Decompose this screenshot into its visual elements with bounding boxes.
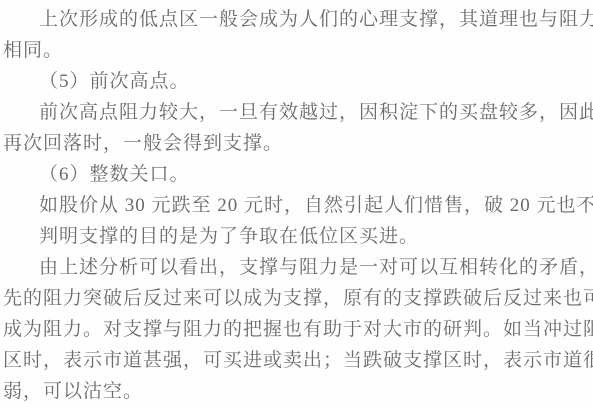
text-line: 区时，表示市道甚强，可买进或卖出；当跌破支撑区时，表示市道很 — [3, 345, 593, 376]
text-line: 先的阻力突破后反过来可以成为支撑，原有的支撑跌破后反过来也可以 — [3, 283, 593, 314]
text-line: 由上述分析可以看出，支撑与阻力是一对可以互相转化的矛盾，原 — [3, 252, 593, 283]
text-line: （5）前次高点。 — [3, 66, 593, 97]
text-line: 弱，可以沽空。 — [3, 376, 593, 407]
text-line: 再次回落时，一般会得到支撑。 — [3, 128, 593, 159]
text-line: 前次高点阻力较大，一旦有效越过，因积淀下的买盘较多，因此当 — [3, 97, 593, 128]
text-line: （6）整数关口。 — [3, 159, 593, 190]
text-line: 如股价从 30 元跌至 20 元时，自然引起人们惜售，破 20 元也不易。 — [3, 190, 593, 221]
text-line: 成为阻力。对支撑与阻力的把握也有助于对大市的研判。如当冲过阻力 — [3, 314, 593, 345]
text-line: 判明支撑的目的是为了争取在低位区买进。 — [3, 221, 593, 252]
text-line: 上次形成的低点区一般会成为人们的心理支撑，其道理也与阻力区 — [3, 4, 593, 35]
document-page: 上次形成的低点区一般会成为人们的心理支撑，其道理也与阻力区相同。（5）前次高点。… — [0, 0, 593, 407]
text-line: 相同。 — [3, 35, 593, 66]
text-lines: 上次形成的低点区一般会成为人们的心理支撑，其道理也与阻力区相同。（5）前次高点。… — [3, 4, 593, 407]
